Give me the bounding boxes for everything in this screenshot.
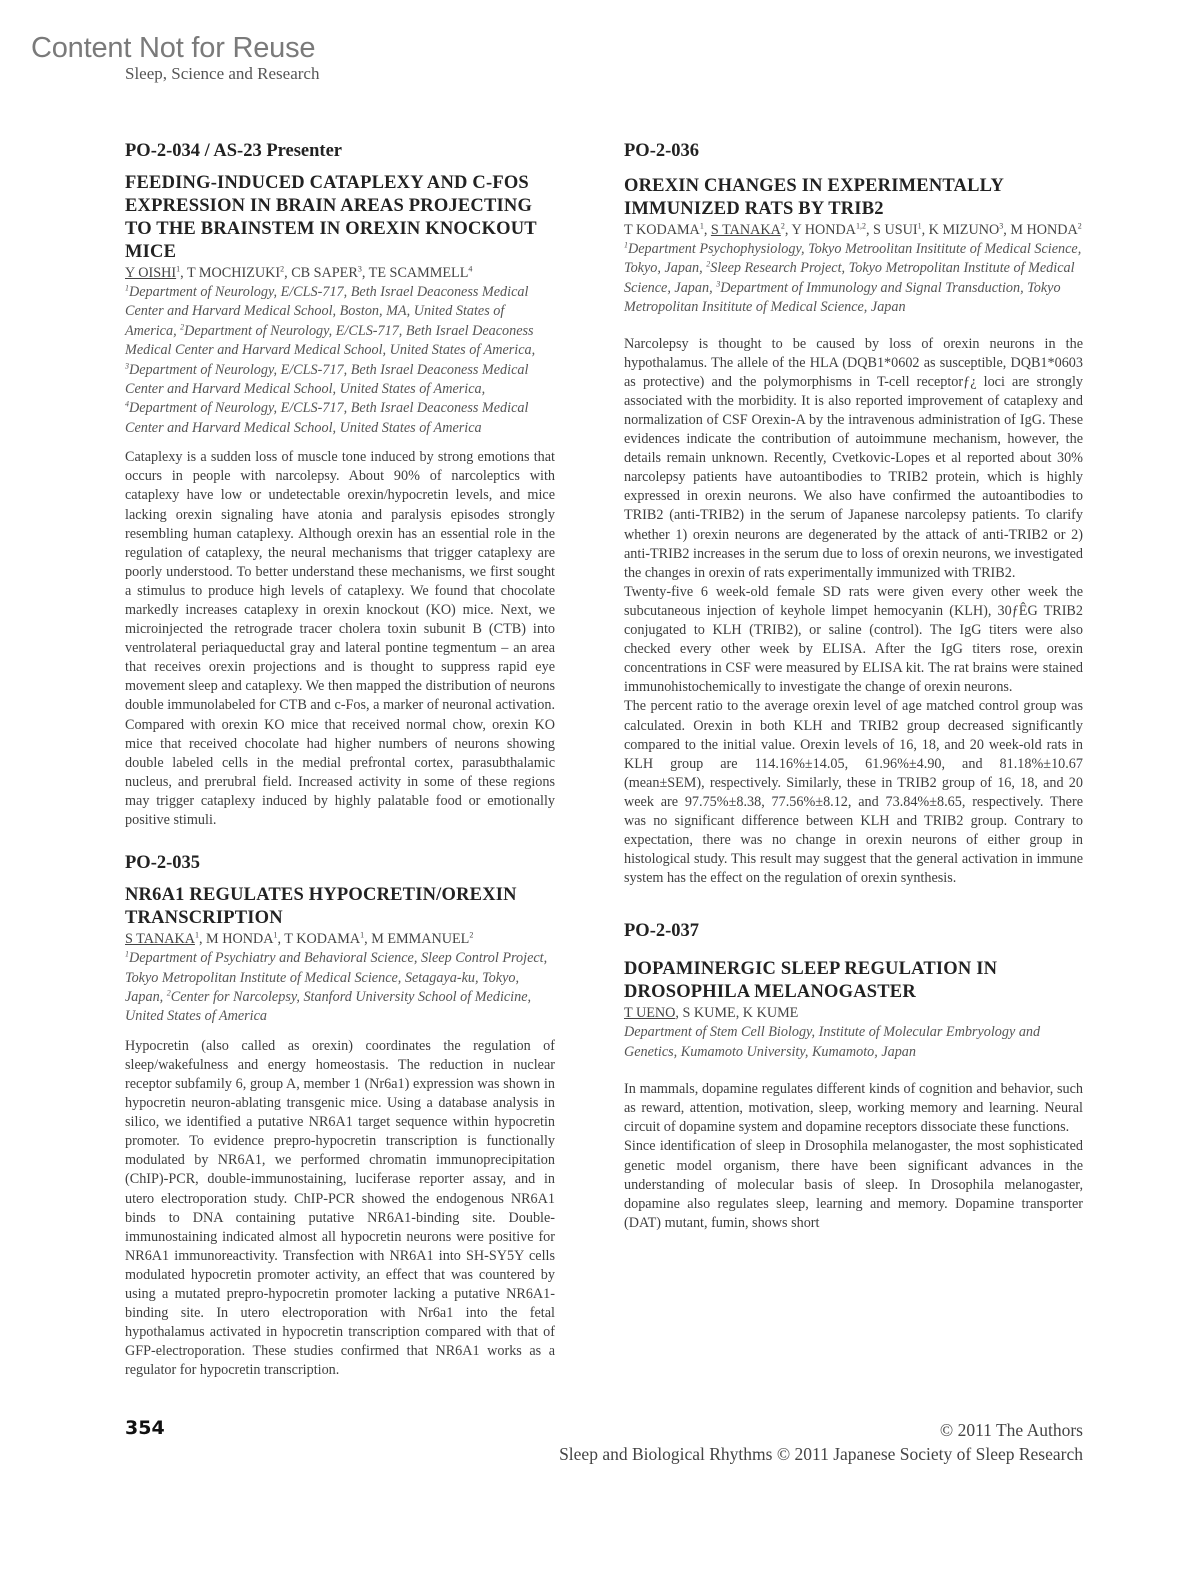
affiliation: Department of Stem Cell Biology, Institu…: [624, 1024, 1040, 1059]
author: TE SCAMMELL: [369, 265, 469, 281]
abstract-body: Cataplexy is a sudden loss of muscle ton…: [125, 448, 555, 830]
affiliation: Department of Neurology, E/CLS-717, Beth…: [125, 400, 528, 435]
right-column: PO-2-036 OREXIN CHANGES IN EXPERIMENTALL…: [624, 140, 1083, 1233]
author-sup: 2: [280, 264, 284, 273]
author-list: T KODAMA1, S TANAKA2, Y HONDA1,2, S USUI…: [624, 221, 1083, 240]
abstract-body: Hypocretin (also called as orexin) coord…: [125, 1037, 555, 1381]
author-list: S TANAKA1, M HONDA1, T KODAMA1, M EMMANU…: [125, 930, 555, 949]
author-list: T UENO, S KUME, K KUME: [624, 1004, 1083, 1023]
author-presenter: S TANAKA: [711, 222, 781, 238]
affiliations: 1Department of Psychiatry and Behavioral…: [125, 949, 555, 1027]
abstract-id: PO-2-034 / AS-23 Presenter: [125, 140, 555, 162]
abstract-title: FEEDING-INDUCED CATAPLEXY AND C-FOS EXPR…: [125, 172, 555, 264]
author-sup: 2: [469, 930, 473, 939]
left-column: PO-2-034 / AS-23 Presenter FEEDING-INDUC…: [125, 140, 555, 1380]
body-paragraph: Cataplexy is a sudden loss of muscle ton…: [125, 448, 555, 830]
author-sup: 2: [781, 221, 785, 230]
abstract-title: DOPAMINERGIC SLEEP REGULATION IN DROSOPH…: [624, 958, 1083, 1004]
footer-copyright: © 2011 The Authors Sleep and Biological …: [559, 1418, 1083, 1466]
author: T KODAMA: [624, 222, 700, 238]
abstract-body: In mammals, dopamine regulates different…: [624, 1080, 1083, 1233]
body-paragraph: Hypocretin (also called as orexin) coord…: [125, 1037, 555, 1381]
abstract-body: Narcolepsy is thought to be caused by lo…: [624, 335, 1083, 889]
abstract-title: OREXIN CHANGES IN EXPERIMENTALLY IMMUNIZ…: [624, 175, 1083, 221]
author: T KODAMA: [284, 931, 360, 947]
affiliation: Center for Narcolepsy, Stanford Universi…: [125, 989, 531, 1024]
author: S USUI: [873, 222, 918, 238]
author-presenter: T UENO: [624, 1005, 675, 1021]
author-sup: 1: [360, 930, 364, 939]
body-paragraph: Narcolepsy is thought to be caused by lo…: [624, 335, 1083, 583]
body-paragraph: Since identification of sleep in Drosoph…: [624, 1137, 1083, 1232]
author: S KUME: [682, 1005, 735, 1021]
author-presenter: S TANAKA: [125, 931, 195, 947]
running-head: Sleep, Science and Research: [125, 64, 319, 84]
journal-line: Sleep and Biological Rhythms © 2011 Japa…: [559, 1442, 1083, 1466]
author: Y HONDA: [791, 222, 856, 238]
author-sup: 1: [700, 221, 704, 230]
copyright-authors: © 2011 The Authors: [559, 1418, 1083, 1442]
affiliations: 1Department of Neurology, E/CLS-717, Bet…: [125, 283, 555, 438]
author-sup: 1: [273, 930, 277, 939]
abstract-po-2-035: PO-2-035 NR6A1 REGULATES HYPOCRETIN/OREX…: [125, 852, 555, 1380]
author: M EMMANUEL: [371, 931, 469, 947]
body-paragraph: In mammals, dopamine regulates different…: [624, 1080, 1083, 1137]
author-sup: 1: [176, 264, 180, 273]
author: T MOCHIZUKI: [187, 265, 280, 281]
abstract-id: PO-2-036: [624, 140, 1083, 162]
page-number: 354: [125, 1417, 165, 1439]
watermark: Content Not for Reuse: [31, 30, 315, 66]
author: M HONDA: [1010, 222, 1077, 238]
affiliations: Department of Stem Cell Biology, Institu…: [624, 1023, 1083, 1062]
author-sup: 3: [999, 221, 1003, 230]
author: K MIZUNO: [929, 222, 1000, 238]
abstract-id: PO-2-037: [624, 920, 1083, 942]
author-sup: 1: [918, 221, 922, 230]
author-sup: 3: [358, 264, 362, 273]
affiliations: 1Department Psychophysiology, Tokyo Metr…: [624, 240, 1083, 318]
abstract-po-2-036: PO-2-036 OREXIN CHANGES IN EXPERIMENTALL…: [624, 140, 1083, 888]
author-sup: 1: [195, 930, 199, 939]
abstract-title: NR6A1 REGULATES HYPOCRETIN/OREXIN TRANSC…: [125, 884, 555, 930]
author-sup: 2: [1078, 221, 1082, 230]
author-sup: 1,2: [856, 221, 866, 230]
body-paragraph: The percent ratio to the average orexin …: [624, 697, 1083, 888]
author: K KUME: [743, 1005, 799, 1021]
abstract-po-2-034: PO-2-034 / AS-23 Presenter FEEDING-INDUC…: [125, 140, 555, 830]
affiliation: Department of Neurology, E/CLS-717, Beth…: [125, 323, 535, 358]
affiliation: Department of Neurology, E/CLS-717, Beth…: [125, 362, 528, 397]
author: M HONDA: [206, 931, 273, 947]
author-list: Y OISHI1, T MOCHIZUKI2, CB SAPER3, TE SC…: [125, 264, 555, 283]
author: CB SAPER: [291, 265, 358, 281]
abstract-id: PO-2-035: [125, 852, 555, 874]
author-presenter: Y OISHI: [125, 265, 176, 281]
author-sup: 4: [468, 264, 472, 273]
abstract-po-2-037: PO-2-037 DOPAMINERGIC SLEEP REGULATION I…: [624, 920, 1083, 1233]
body-paragraph: Twenty-five 6 week-old female SD rats we…: [624, 583, 1083, 698]
